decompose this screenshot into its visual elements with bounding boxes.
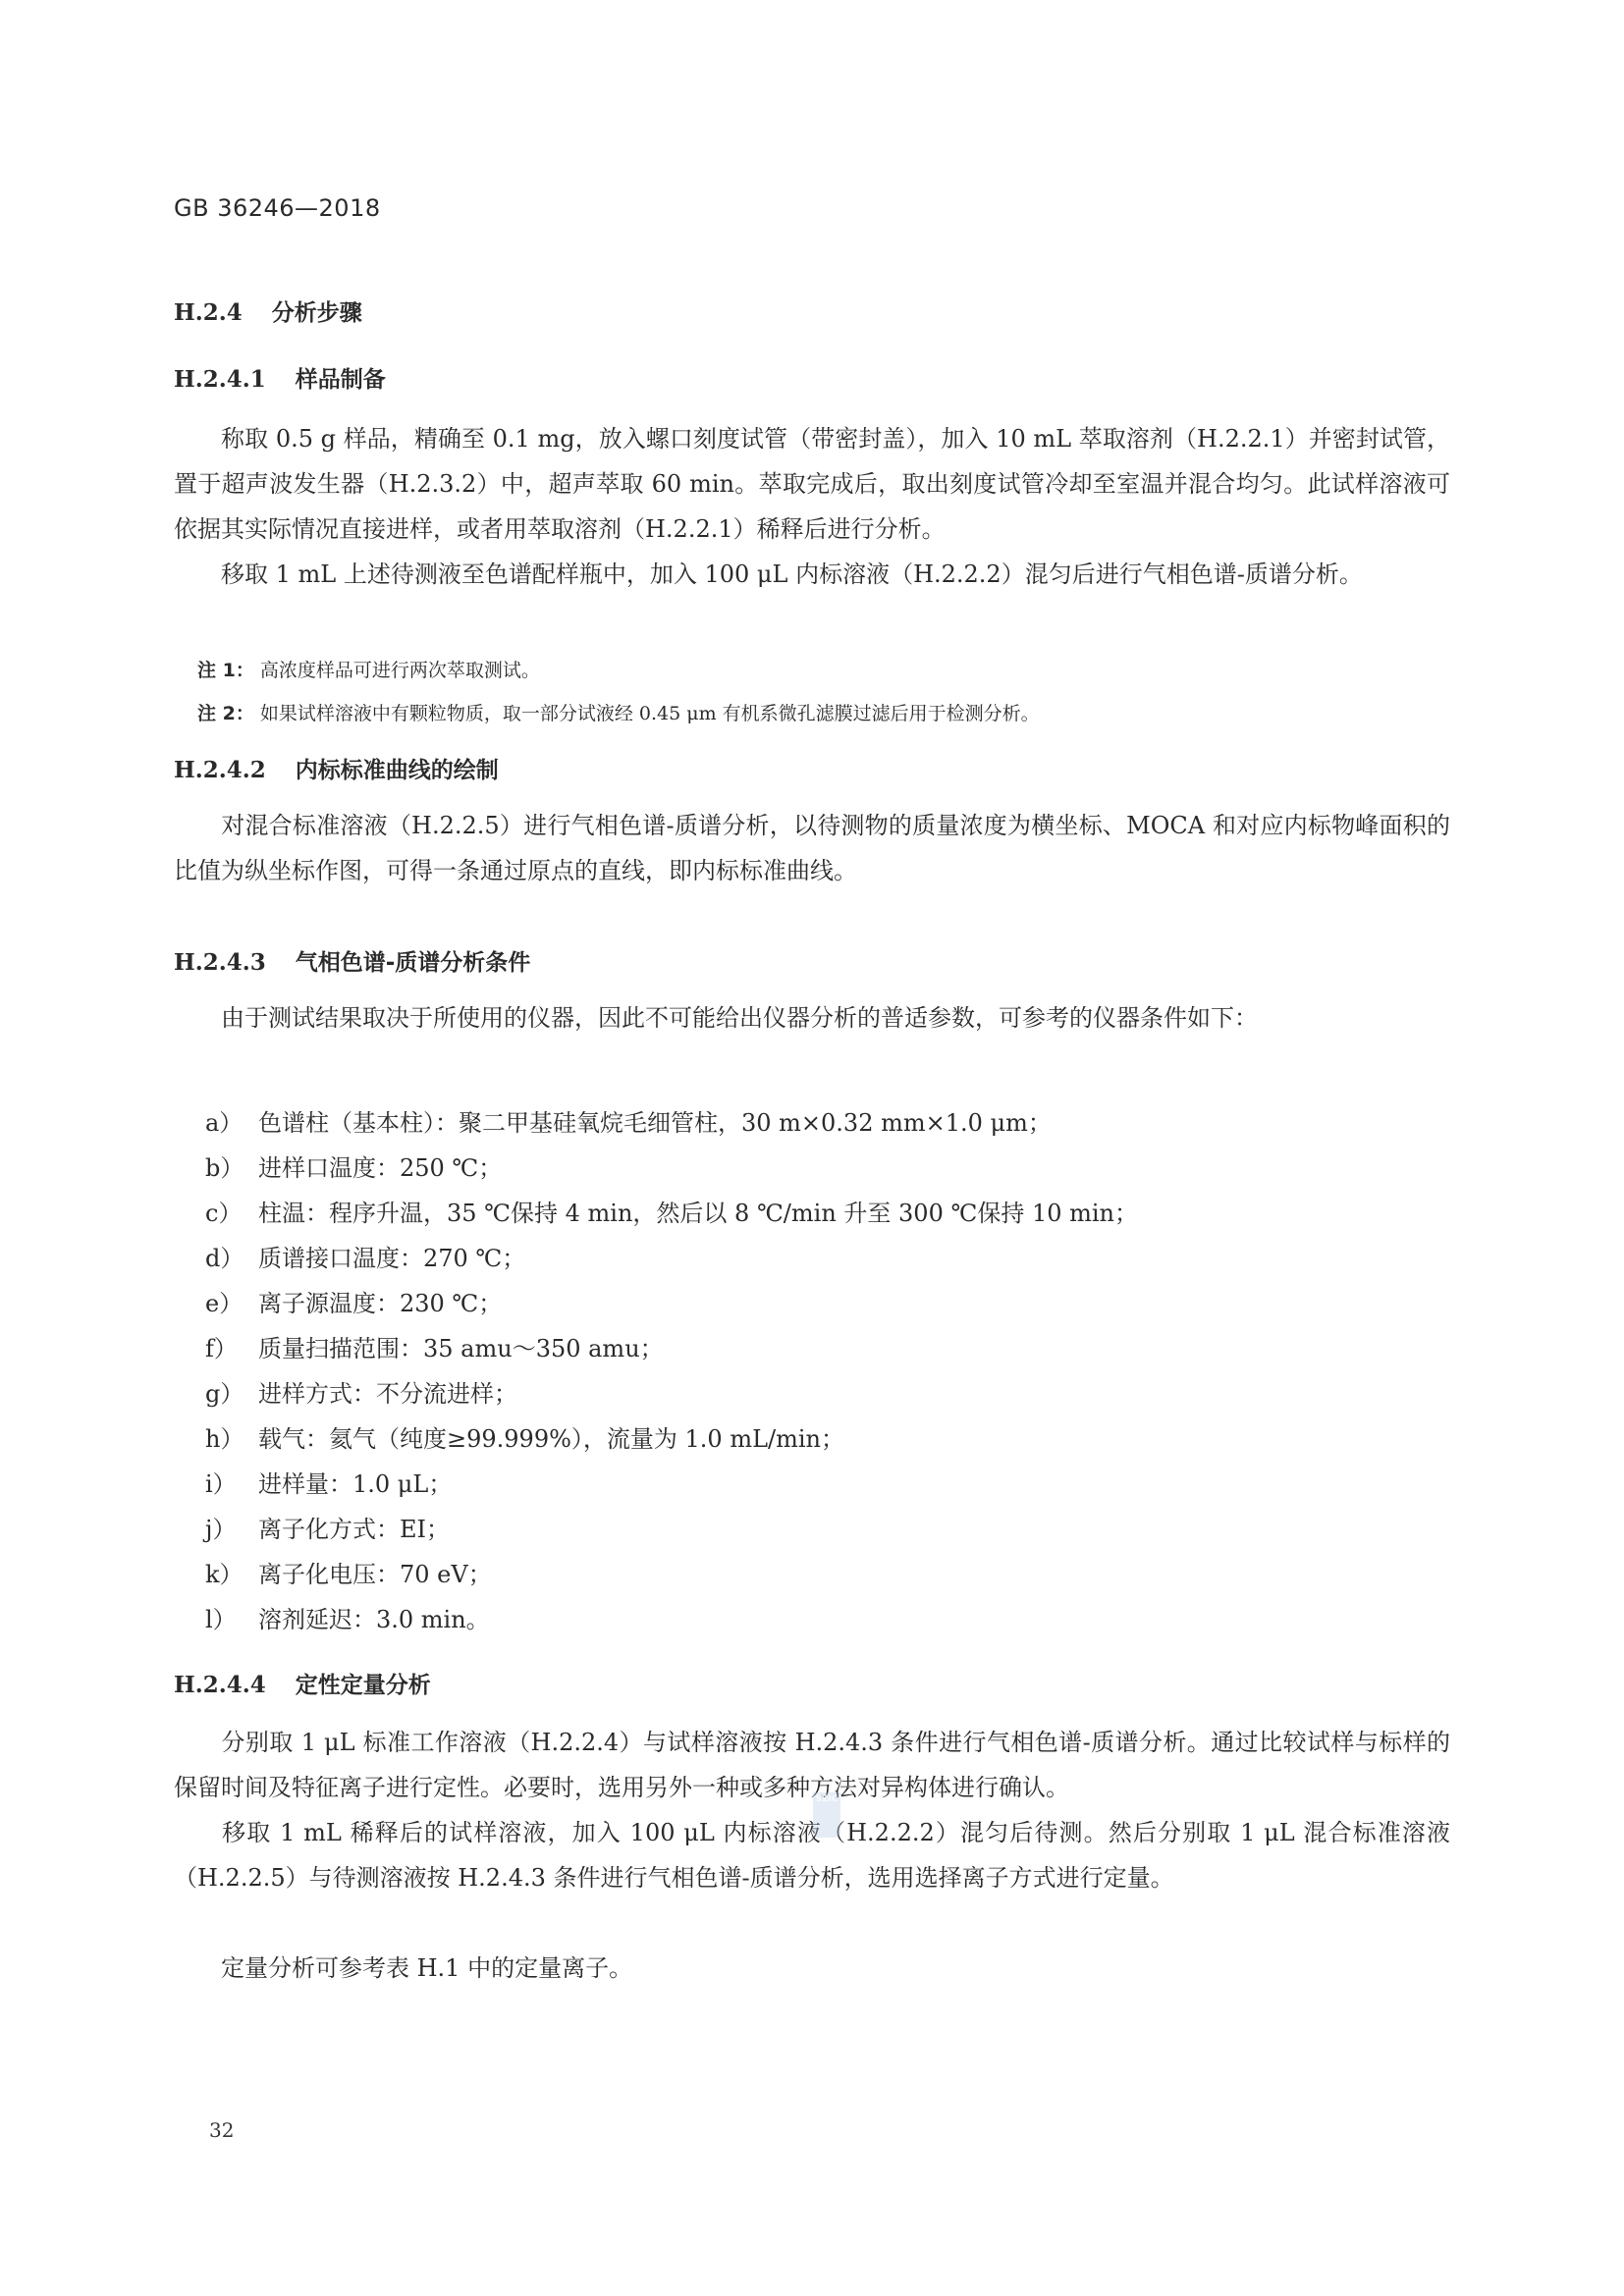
section-heading-sample-prep: H.2.4.1样品制备 — [174, 361, 386, 394]
section-number: H.2.4.3 — [174, 949, 266, 976]
section-number: H.2.4.2 — [174, 757, 266, 783]
section-heading-analysis-steps: H.2.4分析步骤 — [174, 294, 362, 327]
section-heading-calibration-curve: H.2.4.2内标标准曲线的绘制 — [174, 752, 499, 784]
section-heading-gcms-conditions: H.2.4.3气相色谱-质谱分析条件 — [174, 944, 530, 977]
document-page: GB 36246—2018 H.2.4分析步骤 H.2.4.1样品制备 称取 0… — [0, 0, 1624, 2296]
condition-item-e: e）离子源温度：230 ℃； — [205, 1284, 502, 1318]
paragraph-instrument-conditions: 由于测试结果取决于所使用的仪器，因此不可能给出仪器分析的普适参数，可参考的仪器条… — [174, 995, 1450, 1041]
section-title: 分析步骤 — [272, 300, 362, 326]
paragraph-quant-ions-ref: 定量分析可参考表 H.1 中的定量离子。 — [174, 1946, 1450, 1991]
condition-item-k: k）离子化电压：70 eV； — [205, 1555, 492, 1589]
section-heading-qualitative-quantitative: H.2.4.4定性定量分析 — [174, 1667, 431, 1699]
section-title: 气相色谱-质谱分析条件 — [296, 950, 531, 976]
condition-item-c: c）柱温：程序升温，35 ℃保持 4 min，然后以 8 ℃/min 升至 30… — [205, 1194, 1138, 1228]
paragraph-calibration-curve: 对混合标准溶液（H.2.2.5）进行气相色谱-质谱分析，以待测物的质量浓度为横坐… — [174, 803, 1450, 893]
section-number: H.2.4 — [174, 299, 243, 326]
paragraph-qualitative: 分别取 1 μL 标准工作溶液（H.2.2.4）与试样溶液按 H.2.4.3 条… — [174, 1720, 1450, 1810]
section-number: H.2.4.1 — [174, 366, 266, 393]
paragraph-sample-prep: 称取 0.5 g 样品，精确至 0.1 mg，放入螺口刻度试管（带密封盖），加入… — [174, 416, 1450, 552]
section-title: 定性定量分析 — [296, 1673, 431, 1698]
condition-item-f: f）质量扫描范围：35 amu～350 amu； — [205, 1329, 664, 1363]
condition-item-b: b）进样口温度：250 ℃； — [205, 1148, 502, 1183]
condition-item-d: d）质谱接口温度：270 ℃； — [205, 1239, 525, 1273]
paragraph-pipette-sample: 移取 1 mL 上述待测液至色谱配样瓶中，加入 100 μL 内标溶液（H.2.… — [174, 552, 1450, 597]
note-1: 注 1：高浓度样品可进行两次萃取测试。 — [197, 656, 540, 682]
watermark-logo: SZIC — [813, 1792, 840, 1838]
section-title: 内标标准曲线的绘制 — [296, 758, 499, 783]
condition-item-j: j）离子化方式：EI； — [205, 1510, 450, 1544]
paragraph-quantitative: 移取 1 mL 稀释后的试样溶液，加入 100 μL 内标溶液（H.2.2.2）… — [174, 1810, 1450, 1900]
note-2: 注 2：如果试样溶液中有颗粒物质，取一部分试液经 0.45 μm 有机系微孔滤膜… — [197, 699, 1040, 725]
condition-item-l: l）溶剂延迟：3.0 min。 — [205, 1600, 490, 1634]
standard-code-header: GB 36246—2018 — [174, 194, 381, 222]
page-number: 32 — [209, 2118, 234, 2142]
condition-item-h: h）载气：氦气（纯度≥99.999%），流量为 1.0 mL/min； — [205, 1419, 844, 1454]
section-number: H.2.4.4 — [174, 1672, 266, 1698]
condition-item-a: a）色谱柱（基本柱）：聚二甲基硅氧烷毛细管柱，30 m×0.32 mm×1.0 … — [205, 1103, 1052, 1138]
condition-item-g: g）进样方式：不分流进样； — [205, 1374, 517, 1409]
section-title: 样品制备 — [296, 367, 386, 393]
condition-item-i: i）进样量：1.0 μL； — [205, 1465, 452, 1499]
